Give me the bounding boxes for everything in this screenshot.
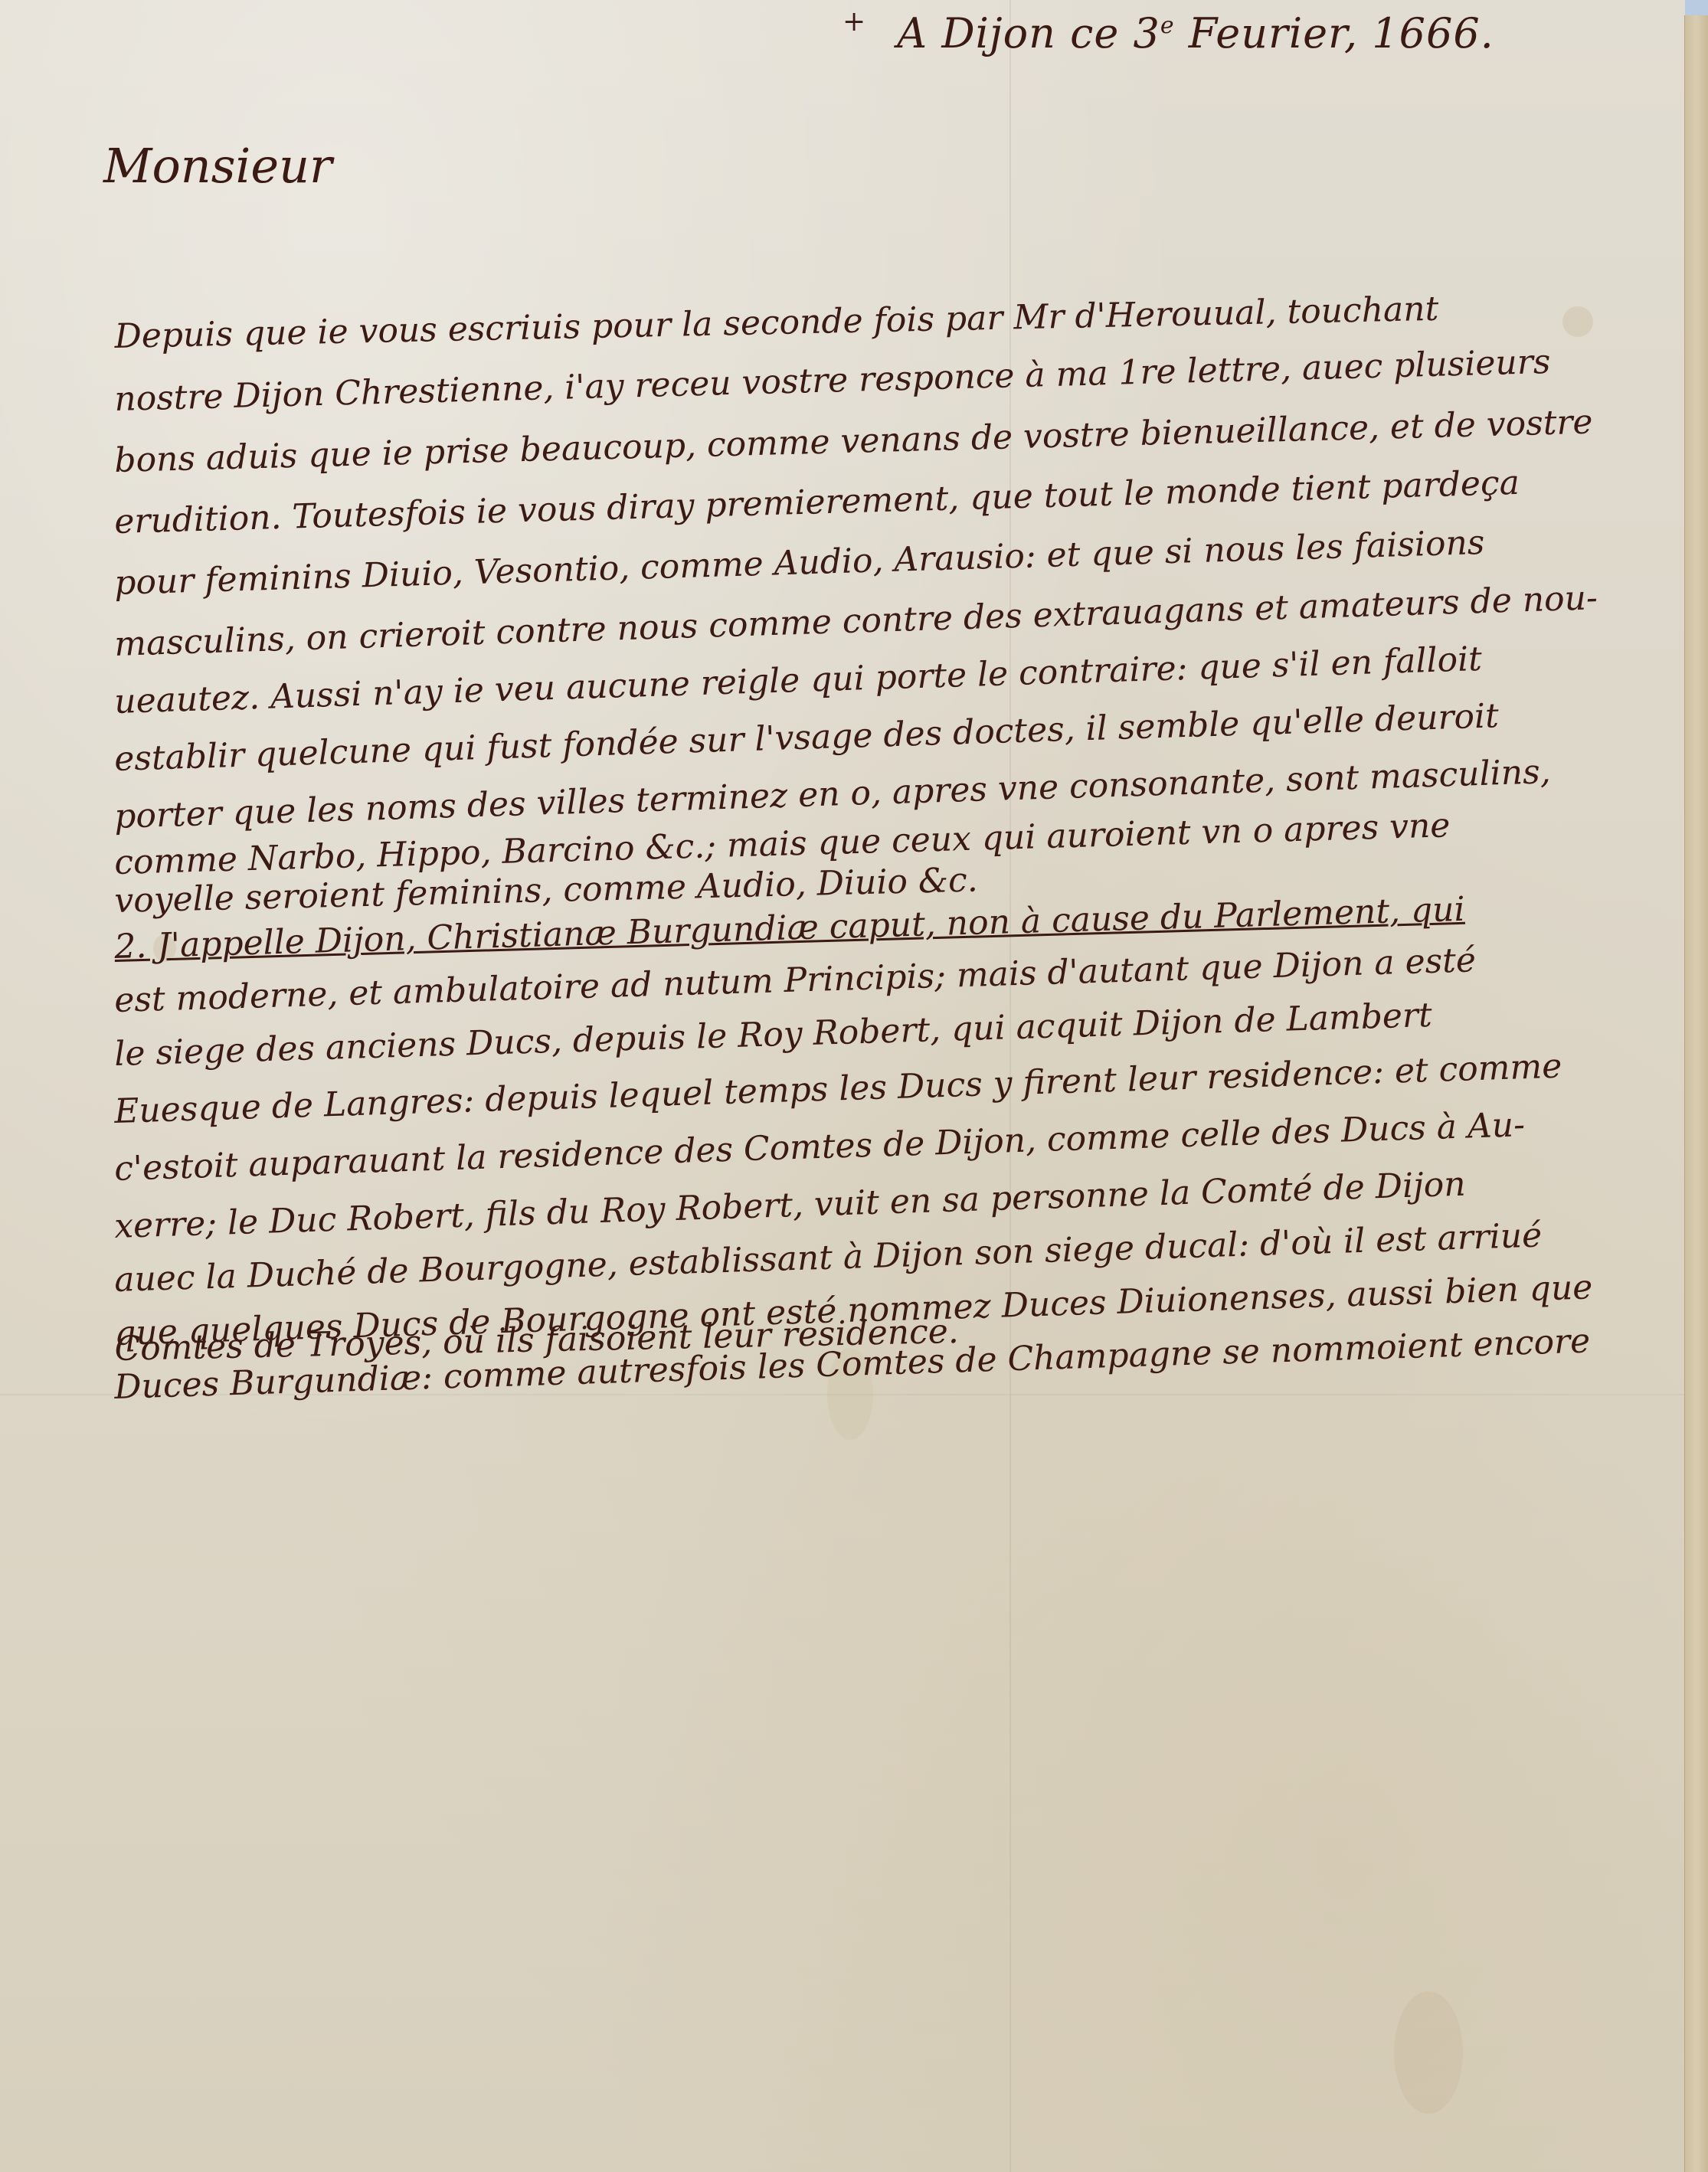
page-edge [1684, 15, 1708, 2172]
body-line: Depuis que ie vous escriuis pour la seco… [114, 293, 1439, 354]
body-line: nostre Dijon Chrestienne, i'ay receu vos… [114, 345, 1551, 417]
background-corner [1685, 0, 1708, 15]
letter-body: Depuis que ie vous escriuis pour la seco… [0, 0, 1685, 2172]
letter-page: +A Dijon ce 3e Feurier, 1666. Monsieur D… [0, 0, 1685, 2172]
